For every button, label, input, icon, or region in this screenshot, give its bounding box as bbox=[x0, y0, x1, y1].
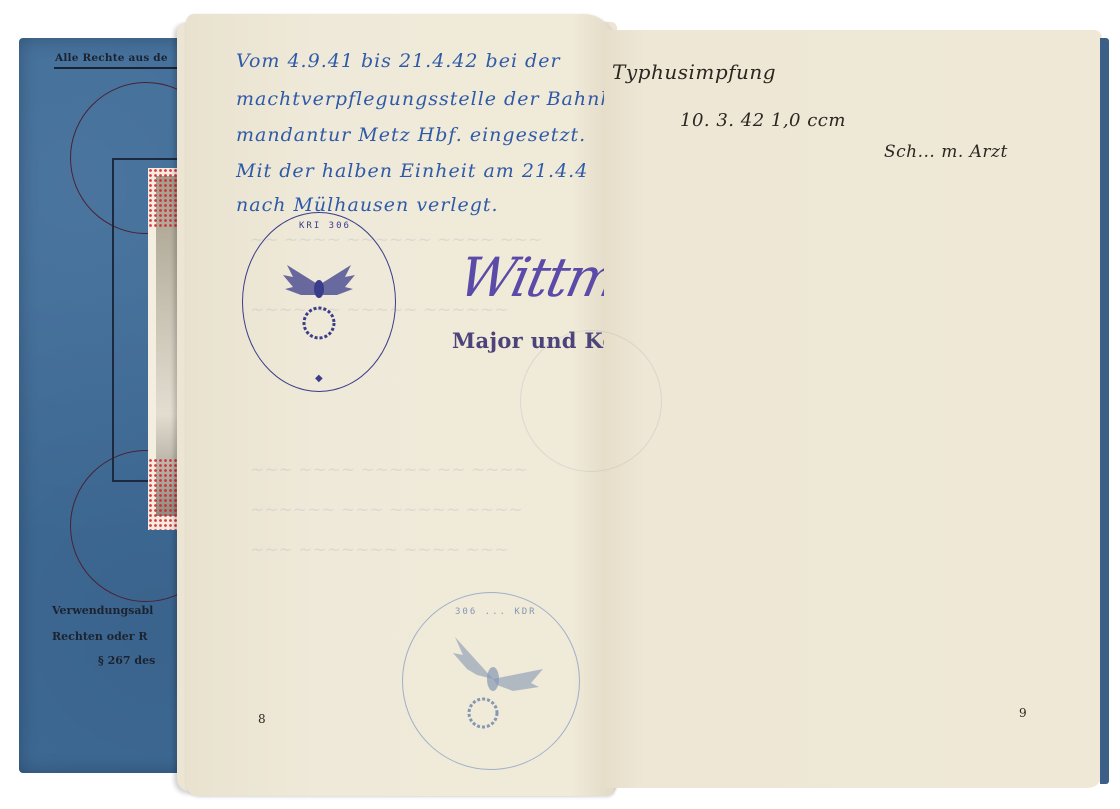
page-number-left: 8 bbox=[258, 712, 266, 726]
page-number-right: 9 bbox=[1019, 706, 1027, 720]
cover-heading: Alle Rechte aus de bbox=[55, 52, 168, 64]
cover-edge-right bbox=[1100, 38, 1109, 784]
show-through-stamp bbox=[520, 330, 662, 472]
doctor-signature: Sch... m. Arzt bbox=[884, 142, 1008, 162]
entry-line-3: mandantur Metz Hbf. eingesetzt. bbox=[236, 124, 586, 146]
official-stamp-top: KRI 306 ◆ bbox=[242, 212, 396, 392]
show-through-text: ~~~~~~ ~~~ ~~~~~ ~~~~ bbox=[250, 500, 523, 520]
vaccination-entry: 10. 3. 42 1,0 ccm bbox=[680, 110, 846, 131]
stamp-ring-text: KRI 306 bbox=[299, 221, 351, 231]
show-through-text: ~~~ ~~~~ ~~~~~ ~~ ~~~~ bbox=[250, 460, 528, 480]
eagle-emblem-icon bbox=[279, 255, 359, 355]
eagle-emblem-icon bbox=[443, 629, 553, 729]
vaccination-heading: Typhusimpfung bbox=[612, 60, 776, 84]
entry-line-4: Mit der halben Einheit am 21.4.4 bbox=[236, 160, 588, 182]
show-through-text: ~~~ ~~~~~~~ ~~~~ ~~~ bbox=[250, 540, 508, 560]
entry-line-5: nach Mülhausen verlegt. bbox=[236, 194, 499, 216]
right-page[interactable] bbox=[604, 30, 1102, 788]
cover-footer-line-2: Rechten oder R bbox=[52, 630, 148, 643]
cover-footer-line-3: § 267 des bbox=[98, 654, 155, 667]
entry-line-1: Vom 4.9.41 bis 21.4.42 bei der bbox=[236, 50, 561, 72]
commander-signature: Wittm bbox=[460, 228, 610, 320]
entry-line-2: machtverpflegungsstelle der Bahnhofs- bbox=[236, 88, 652, 110]
cover-footer-line-1: Verwendungsabl bbox=[52, 604, 153, 617]
stamp-ring-text: 306 ... KDR bbox=[455, 607, 537, 617]
stamp-star: ◆ bbox=[315, 373, 323, 384]
official-stamp-bottom: 306 ... KDR bbox=[402, 592, 580, 770]
